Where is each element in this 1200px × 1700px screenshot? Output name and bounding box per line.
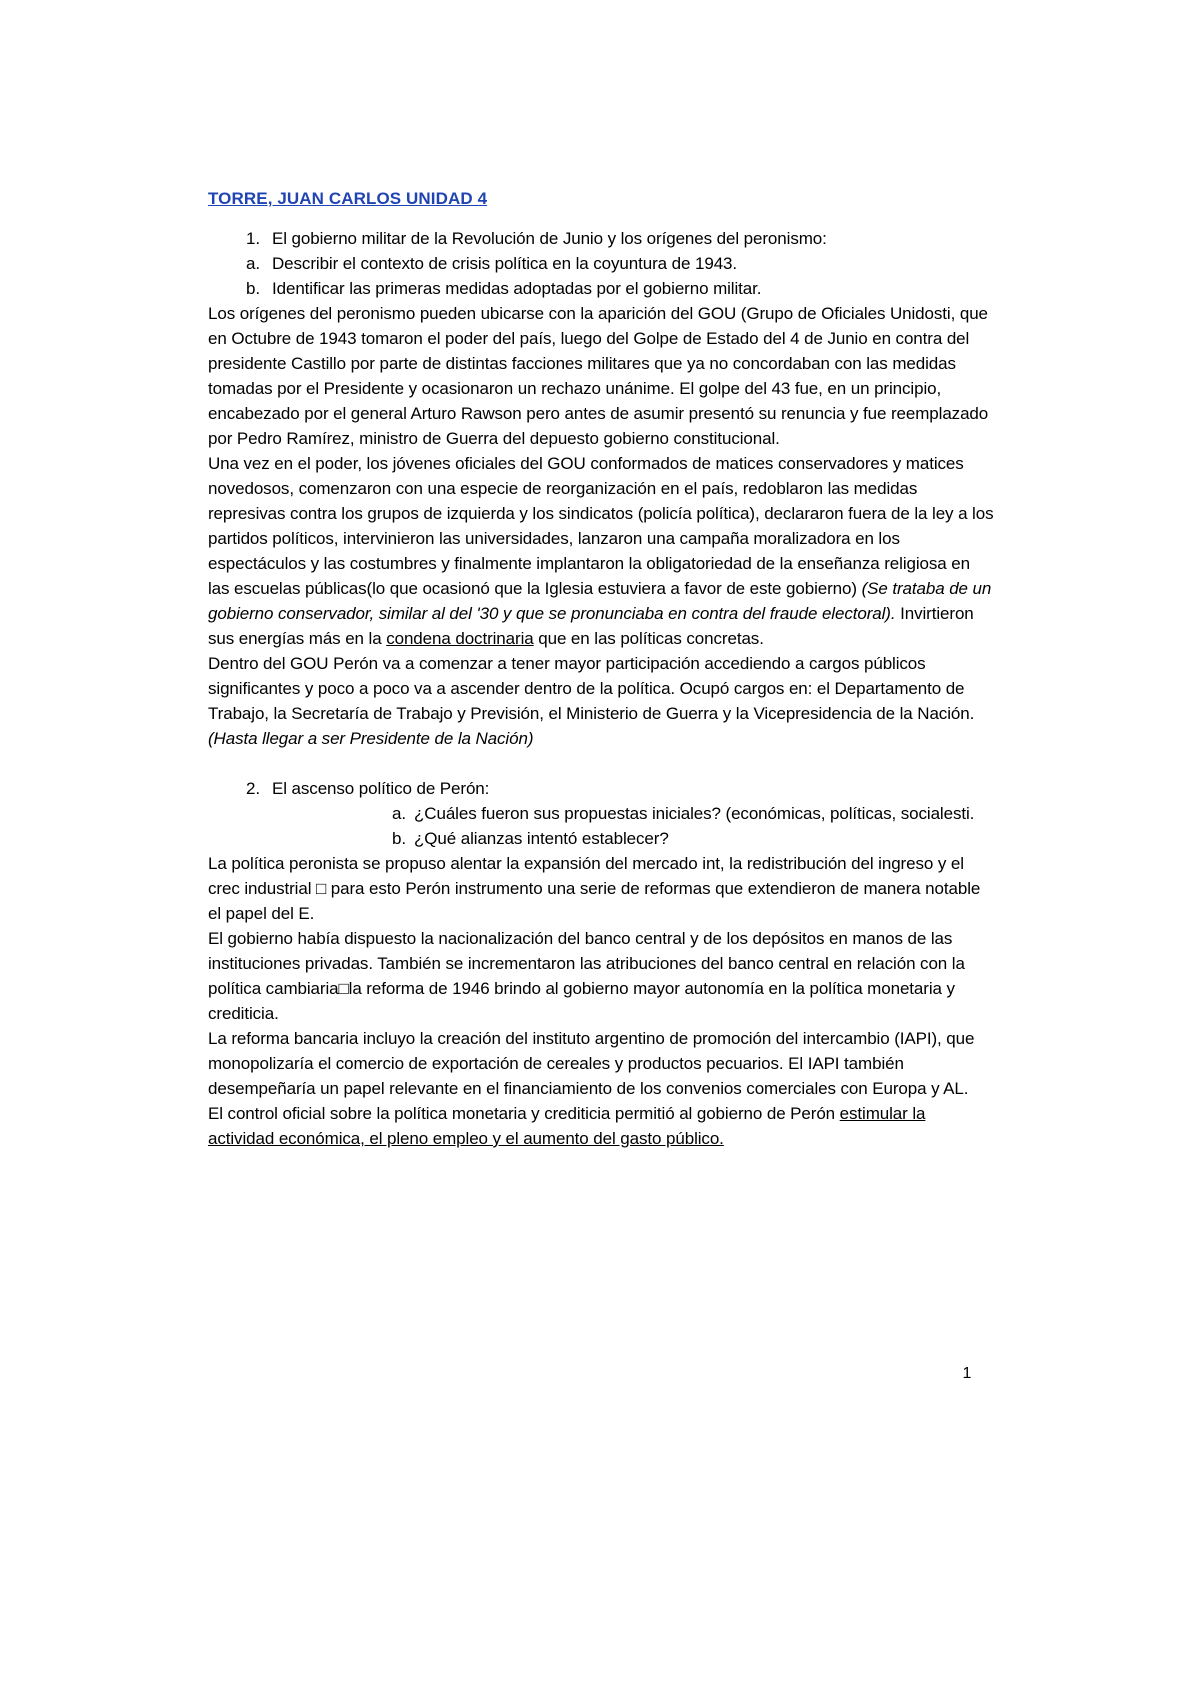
list-item-1a: a. Describir el contexto de crisis polít… [208,251,994,276]
document-title: TORRE, JUAN CARLOS UNIDAD 4 [208,186,994,211]
paragraph-origenes-peronismo: Los orígenes del peronismo pueden ubicar… [208,301,994,451]
list-item-1-text: El gobierno militar de la Revolución de … [272,226,827,251]
list-item-2a-marker: a. [392,801,414,826]
list-item-2-text: El ascenso político de Perón: [272,776,489,801]
list-item-1-marker: 1. [246,226,272,251]
paragraph-reforma-bancaria: La reforma bancaria incluyo la creación … [208,1026,994,1101]
list-item-1a-marker: a. [246,251,272,276]
list-item-1b-text: Identificar las primeras medidas adoptad… [272,276,761,301]
blank-line [208,751,994,776]
list-item-2-marker: 2. [246,776,272,801]
paragraph-gou-medidas: Una vez en el poder, los jóvenes oficial… [208,451,994,651]
paragraph-control-oficial: El control oficial sobre la política mon… [208,1101,994,1151]
paragraph-politica-peronista: La política peronista se propuso alentar… [208,851,994,926]
paragraph-banco-central: El gobierno había dispuesto la nacionali… [208,926,994,1026]
document-content: TORRE, JUAN CARLOS UNIDAD 4 1. El gobier… [208,186,994,1151]
list-item-2b: b. ¿Qué alianzas intentó establecer? [208,826,994,851]
list-item-1a-text: Describir el contexto de crisis política… [272,251,737,276]
list-item-2b-marker: b. [392,826,414,851]
document-page: TORRE, JUAN CARLOS UNIDAD 4 1. El gobier… [0,0,1200,1700]
page-number: 1 [952,1364,982,1384]
list-item-2b-text: ¿Qué alianzas intentó establecer? [414,826,669,851]
list-item-2a-text: ¿Cuáles fueron sus propuestas iniciales?… [414,801,974,826]
list-item-1: 1. El gobierno militar de la Revolución … [208,226,994,251]
list-item-1b: b. Identificar las primeras medidas adop… [208,276,994,301]
list-item-1b-marker: b. [246,276,272,301]
paragraph-peron-cargos: Dentro del GOU Perón va a comenzar a ten… [208,651,994,751]
list-item-2a: a. ¿Cuáles fueron sus propuestas inicial… [208,801,994,826]
list-item-2: 2. El ascenso político de Perón: [208,776,994,801]
